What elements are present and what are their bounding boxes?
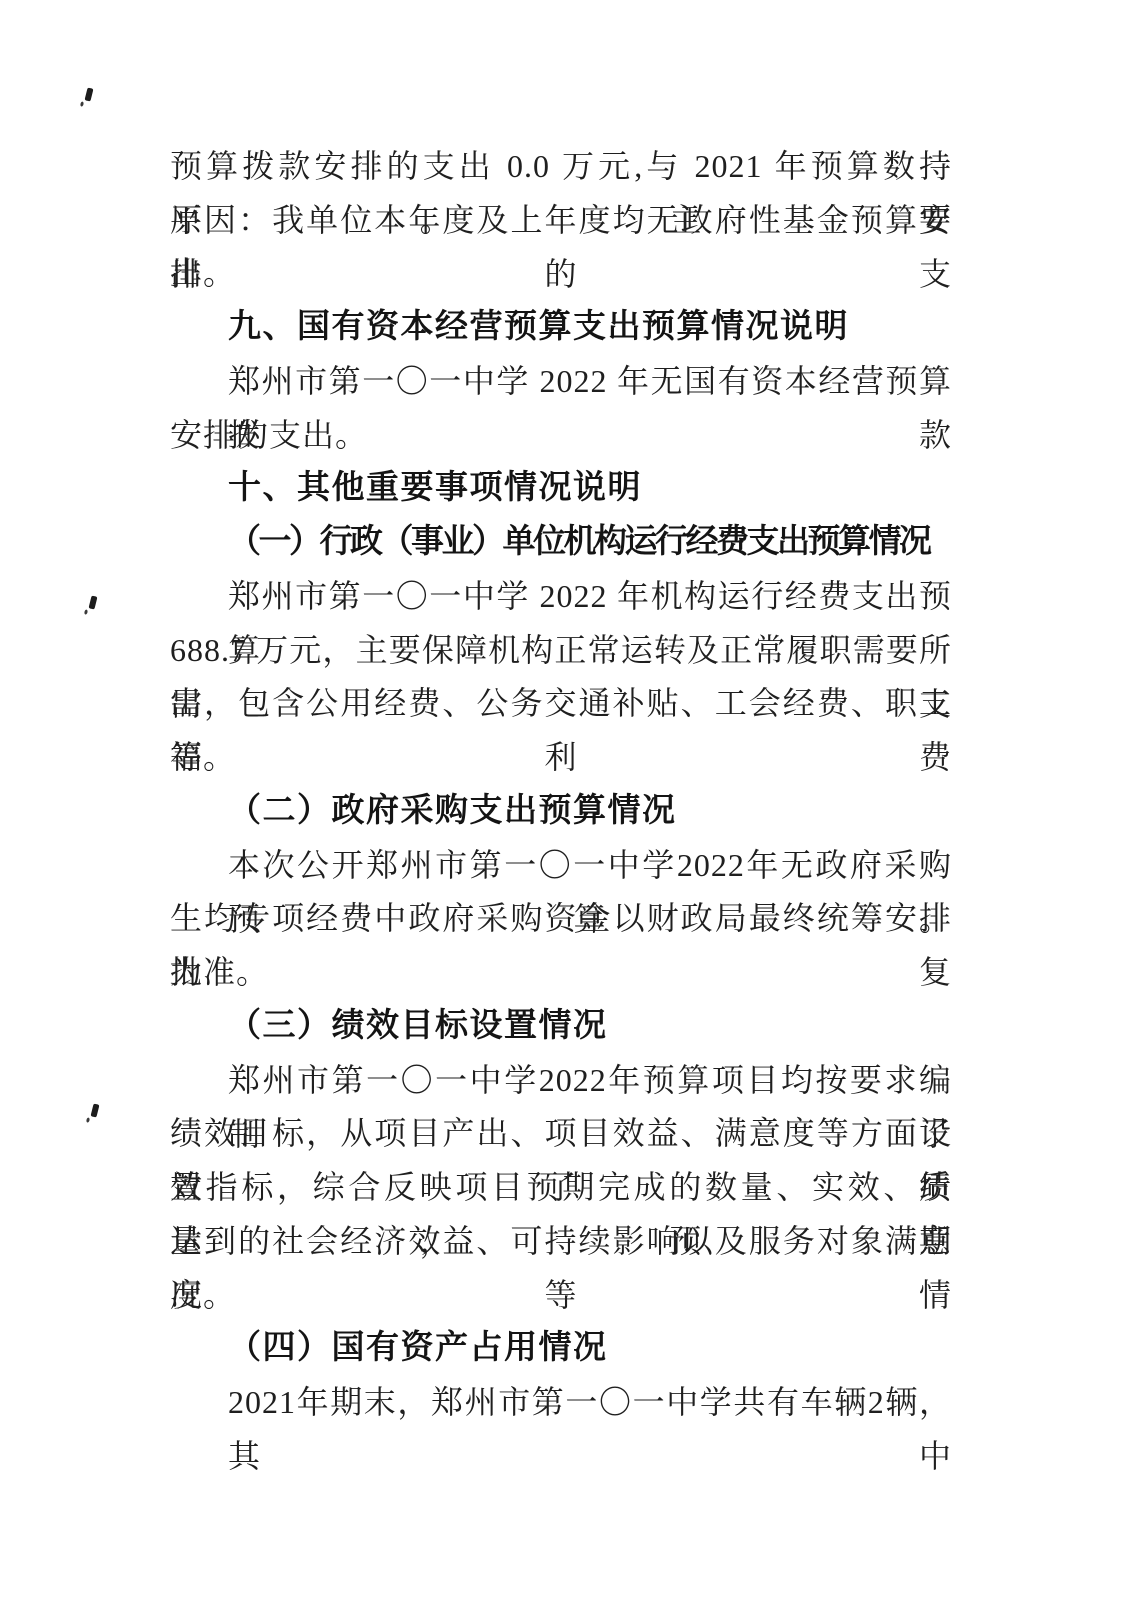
scanned-document-page: 预算拨款安排的支出 0.0 万元,与 2021 年预算数持平。主要原因：我单位本… xyxy=(0,0,1130,1600)
body-line: 原因：我单位本年度及上年度均无政府性基金预算安排的支 xyxy=(170,193,952,247)
section-heading: 九、国有资本经营预算支出预算情况说明 xyxy=(228,300,952,354)
section-heading: （二）政府采购支出预算情况 xyxy=(228,784,952,838)
body-line: 预算拨款安排的支出 0.0 万元,与 2021 年预算数持平。主要 xyxy=(170,139,952,193)
body-line: 安排的支出。 xyxy=(170,408,952,462)
body-line: 效指标，综合反映项目预期完成的数量、实效、质量，预期 xyxy=(170,1160,952,1214)
body-line: 况。 xyxy=(170,1268,952,1322)
body-line: 本次公开郑州市第一〇一中学2022年无政府采购预算。 xyxy=(228,838,952,892)
body-line: 688.7 万元，主要保障机构正常运转及正常履职需要所需支 xyxy=(170,623,952,677)
body-line: 出，包含公用经费、公务交通补贴、工会经费、职工福利费 xyxy=(170,676,952,730)
body-line: 出。 xyxy=(170,246,952,300)
body-line: 绩效目标，从项目产出、项目效益、满意度等方面设置了绩 xyxy=(170,1106,952,1160)
section-heading: （一）行政（事业）单位机构运行经费支出预算情况 xyxy=(228,515,952,569)
body-line: 为准。 xyxy=(170,945,952,999)
body-line: 生均专项经费中政府采购资金以财政局最终统筹安排批复 xyxy=(170,891,952,945)
section-heading: 十、其他重要事项情况说明 xyxy=(228,461,952,515)
text-block: 预算拨款安排的支出 0.0 万元,与 2021 年预算数持平。主要原因：我单位本… xyxy=(0,0,1130,1600)
body-line: 郑州市第一〇一中学2022年预算项目均按要求编制了 xyxy=(228,1053,952,1107)
section-heading: （三）绩效目标设置情况 xyxy=(228,999,952,1053)
body-line: 郑州市第一〇一中学 2022 年机构运行经费支出预算 xyxy=(228,569,952,623)
body-line: 郑州市第一〇一中学 2022 年无国有资本经营预算拨款 xyxy=(228,354,952,408)
section-heading: （四）国有资产占用情况 xyxy=(228,1321,952,1375)
body-line: 2021年期末，郑州市第一〇一中学共有车辆2辆，其中 xyxy=(228,1375,952,1429)
body-line: 达到的社会经济效益、可持续影响以及服务对象满意度等情 xyxy=(170,1214,952,1268)
body-line: 等。 xyxy=(170,730,952,784)
